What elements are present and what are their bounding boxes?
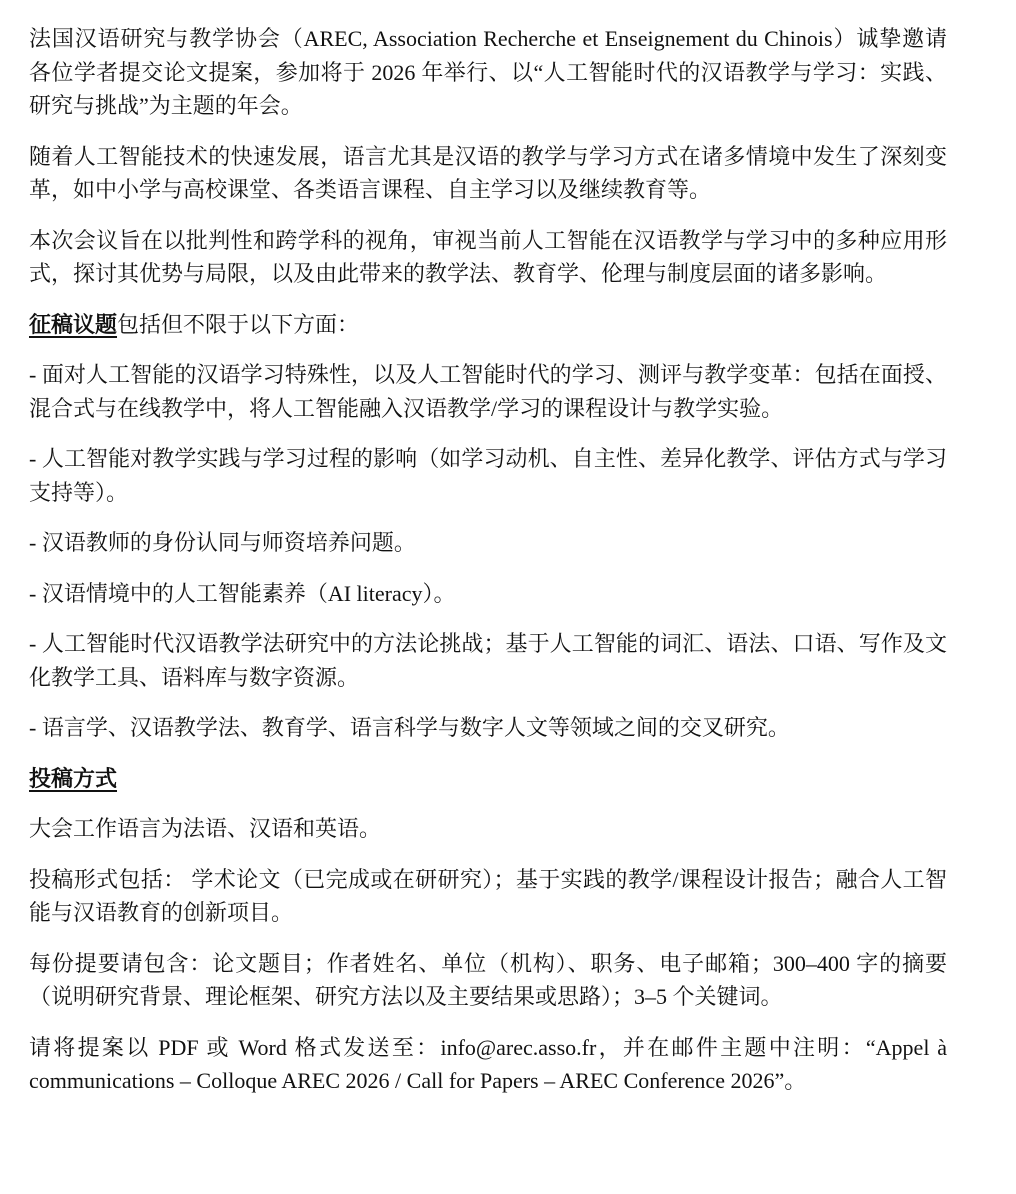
submission-heading-paragraph: 投稿方式 xyxy=(29,762,947,796)
topic-item: - 人工智能对教学实践与学习过程的影响（如学习动机、自主性、差异化教学、评估方式… xyxy=(29,442,947,509)
document-body: 法国汉语研究与教学协会（AREC, Association Recherche … xyxy=(29,22,947,1115)
topics-intro: 征稿议题包括但不限于以下方面： xyxy=(29,308,947,342)
abstract-requirements-paragraph: 每份提要请包含：论文题目；作者姓名、单位（机构）、职务、电子邮箱；300–400… xyxy=(29,947,947,1014)
topic-item: - 人工智能时代汉语教学法研究中的方法论挑战；基于人工智能的词汇、语法、口语、写… xyxy=(29,627,947,694)
contact-email-link[interactable]: info@arec.asso.fr xyxy=(440,1035,596,1060)
topic-item: - 语言学、汉语教学法、教育学、语言科学与数字人文等领域之间的交叉研究。 xyxy=(29,711,947,745)
submission-heading: 投稿方式 xyxy=(29,766,117,791)
topics-heading-suffix: 包括但不限于以下方面： xyxy=(117,312,359,337)
topic-item: - 面对人工智能的汉语学习特殊性，以及人工智能时代的学习、测评与教学变革：包括在… xyxy=(29,358,947,425)
topics-heading: 征稿议题 xyxy=(29,312,117,337)
send-instructions-paragraph: 请将提案以 PDF 或 Word 格式发送至：info@arec.asso.fr… xyxy=(29,1031,947,1098)
topic-item: - 汉语教师的身份认同与师资培养问题。 xyxy=(29,526,947,560)
formats-paragraph: 投稿形式包括： 学术论文（已完成或在研研究）；基于实践的教学/课程设计报告；融合… xyxy=(29,863,947,930)
aim-paragraph: 本次会议旨在以批判性和跨学科的视角，审视当前人工智能在汉语教学与学习中的多种应用… xyxy=(29,224,947,291)
send-prefix: 请将提案以 PDF 或 Word 格式发送至： xyxy=(29,1035,440,1060)
languages-paragraph: 大会工作语言为法语、汉语和英语。 xyxy=(29,812,947,846)
context-paragraph: 随着人工智能技术的快速发展，语言尤其是汉语的教学与学习方式在诸多情境中发生了深刻… xyxy=(29,140,947,207)
topic-item: - 汉语情境中的人工智能素养（AI literacy）。 xyxy=(29,577,947,611)
intro-paragraph: 法国汉语研究与教学协会（AREC, Association Recherche … xyxy=(29,22,947,123)
